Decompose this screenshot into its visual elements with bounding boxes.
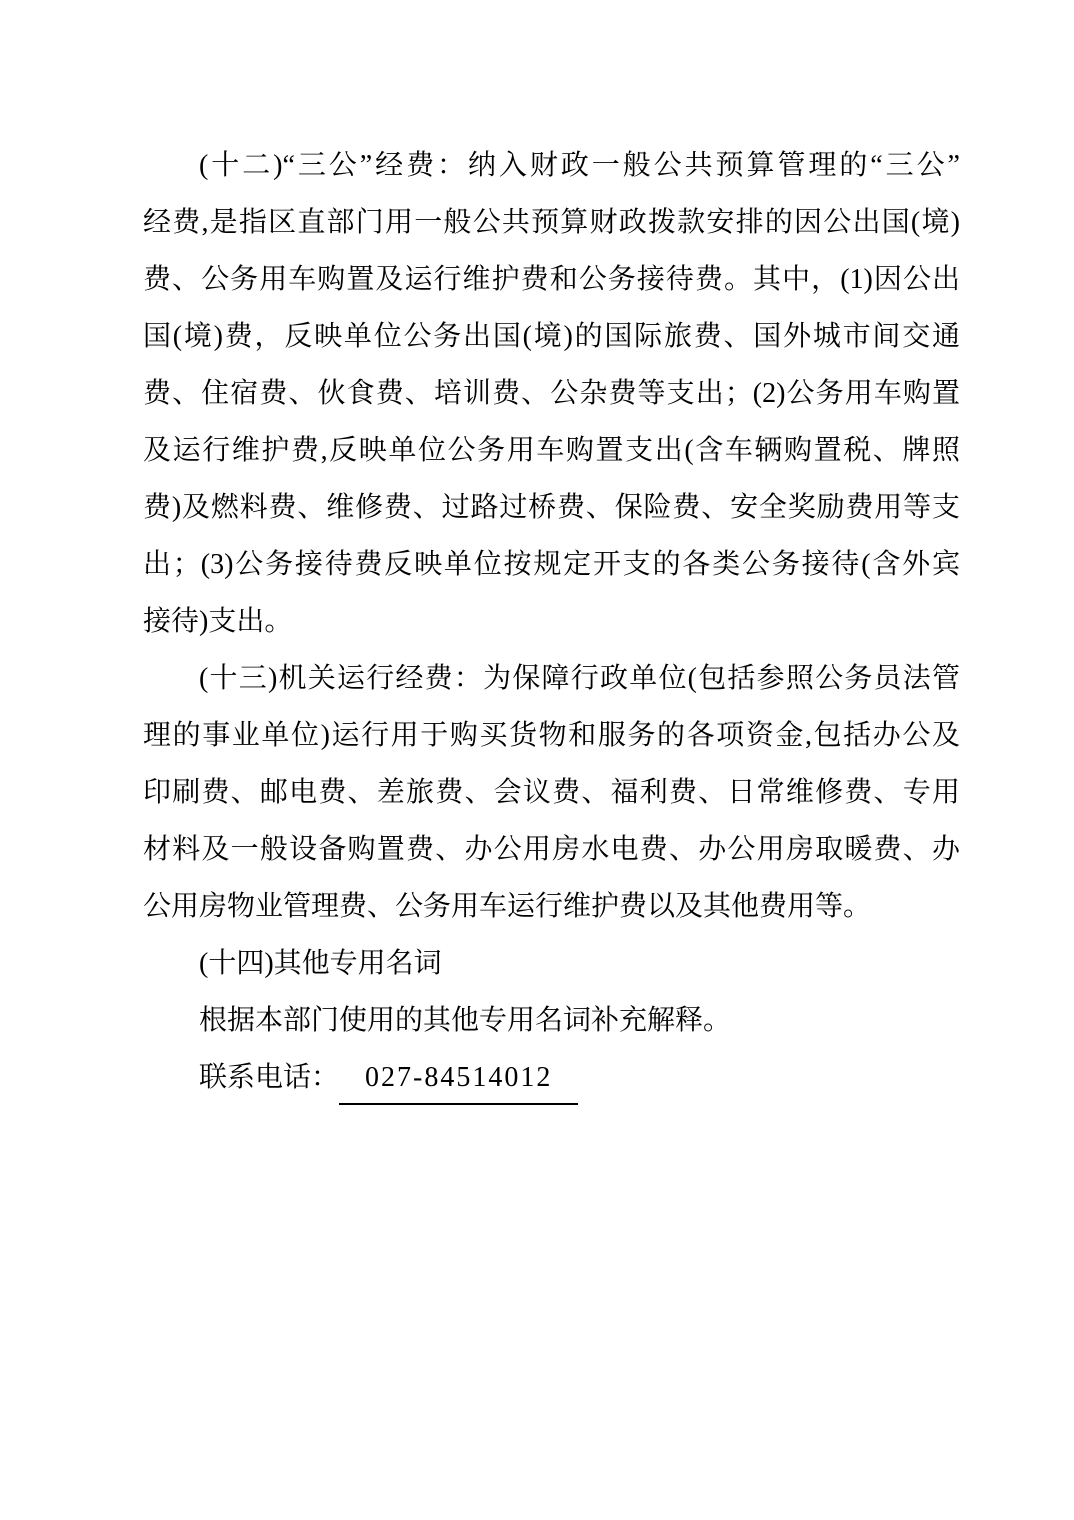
other-terms-note: 根据本部门使用的其他专用名词补充解释。 xyxy=(143,992,960,1049)
text-line: 费、公务用车购置及运行维护费和公务接待费。其中，(1)因公出 xyxy=(143,251,960,308)
text-line: 费)及燃料费、维修费、过路过桥费、保险费、安全奖励费用等支 xyxy=(143,479,960,536)
text-line: 及运行维护费,反映单位公务用车购置支出(含车辆购置税、牌照 xyxy=(143,422,960,479)
contact-line: 联系电话：027-84514012 xyxy=(143,1049,960,1106)
term-14-other-terms-heading: (十四)其他专用名词 xyxy=(143,935,960,992)
text-line: 印刷费、邮电费、差旅费、会议费、福利费、日常维修费、专用 xyxy=(143,764,960,821)
text-line: (十二)“三公”经费：纳入财政一般公共预算管理的“三公” xyxy=(143,137,960,194)
term-12-three-public-expenses: (十二)“三公”经费：纳入财政一般公共预算管理的“三公”经费,是指区直部门用一般… xyxy=(143,137,960,650)
text-line: 国(境)费，反映单位公务出国(境)的国际旅费、国外城市间交通 xyxy=(143,308,960,365)
text-line: 根据本部门使用的其他专用名词补充解释。 xyxy=(143,992,960,1049)
term-13-agency-operating-expenses: (十三)机关运行经费：为保障行政单位(包括参照公务员法管理的事业单位)运行用于购… xyxy=(143,650,960,935)
text-line: 理的事业单位)运行用于购买货物和服务的各项资金,包括办公及 xyxy=(143,707,960,764)
contact-phone: 027-84514012 xyxy=(339,1053,578,1105)
text-line: 接待)支出。 xyxy=(143,593,960,650)
text-line: (十三)机关运行经费：为保障行政单位(包括参照公务员法管 xyxy=(143,650,960,707)
text-line: 经费,是指区直部门用一般公共预算财政拨款安排的因公出国(境) xyxy=(143,194,960,251)
text-line: (十四)其他专用名词 xyxy=(143,935,960,992)
document-body: (十二)“三公”经费：纳入财政一般公共预算管理的“三公”经费,是指区直部门用一般… xyxy=(143,137,960,1106)
contact-label: 联系电话： xyxy=(199,1062,339,1093)
text-line: 材料及一般设备购置费、办公用房水电费、办公用房取暖费、办 xyxy=(143,821,960,878)
text-line: 费、住宿费、伙食费、培训费、公杂费等支出；(2)公务用车购置 xyxy=(143,365,960,422)
document-page: (十二)“三公”经费：纳入财政一般公共预算管理的“三公”经费,是指区直部门用一般… xyxy=(0,0,1074,1520)
text-line: 公用房物业管理费、公务用车运行维护费以及其他费用等。 xyxy=(143,878,960,935)
text-line: 出；(3)公务接待费反映单位按规定开支的各类公务接待(含外宾 xyxy=(143,536,960,593)
